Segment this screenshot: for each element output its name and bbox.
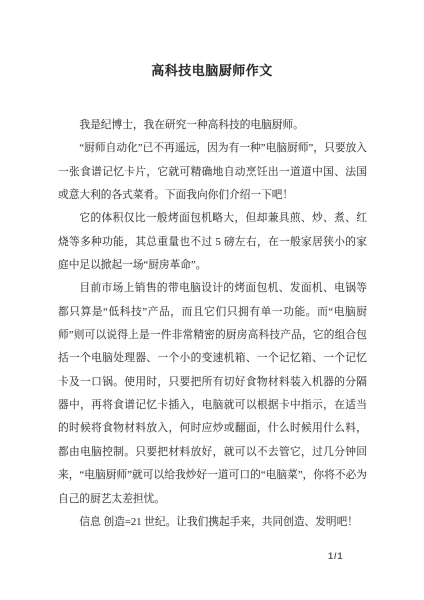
essay-body: 我是纪博士，我在研究一种高科技的电脑厨师。 “厨师自动化”已不再遥远，因为有一种… — [58, 114, 367, 534]
essay-paragraph: 它的体积仅比一般烤面包机略大，但却兼具煎、炒、煮、红烧等多种功能，其总重量也不过… — [58, 207, 367, 277]
document-page: 高科技电脑厨师作文 我是纪博士，我在研究一种高科技的电脑厨师。 “厨师自动化”已… — [0, 0, 424, 600]
essay-paragraph: “厨师自动化”已不再遥远，因为有一种”电脑厨师”，只要放入一张食谱记忆卡片，它就… — [58, 137, 367, 207]
page-number: 1/1 — [328, 551, 344, 561]
essay-title: 高科技电脑厨师作文 — [0, 60, 424, 79]
essay-paragraph: 目前市场上销售的带电脑设计的烤面包机、发面机、电锅等都只算是“低科技”产品，而且… — [58, 277, 367, 510]
essay-paragraph: 信息 创造=21 世纪。让我们携起手来，共同创造、发明吧！ — [58, 511, 367, 534]
essay-paragraph: 我是纪博士，我在研究一种高科技的电脑厨师。 — [58, 114, 367, 137]
